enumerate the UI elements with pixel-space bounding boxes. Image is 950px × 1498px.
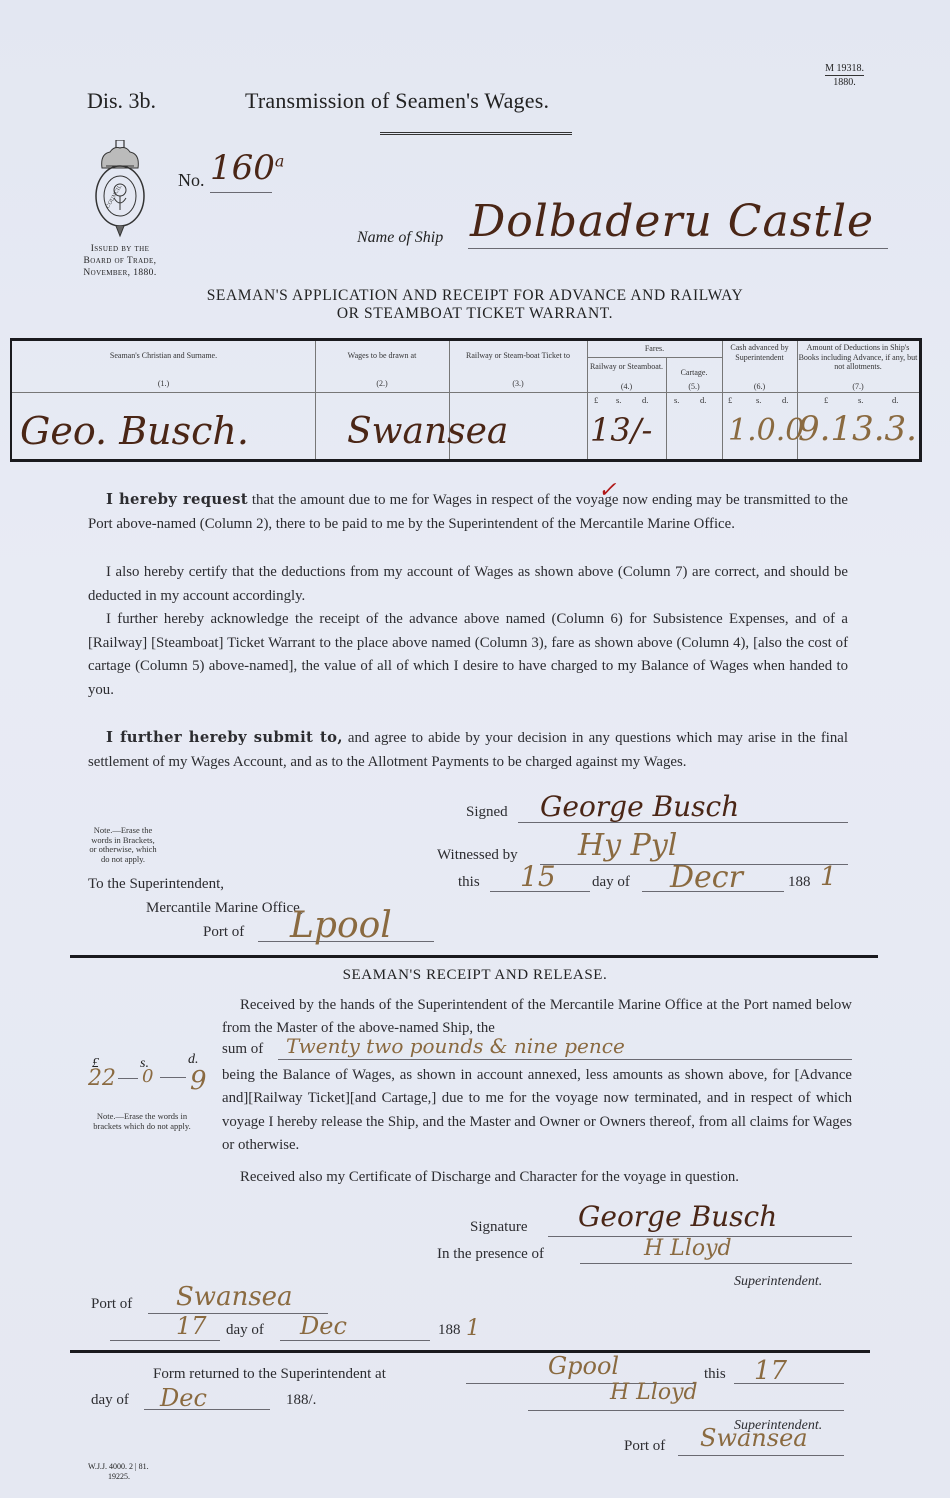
- ship-name-field-line: [468, 248, 888, 249]
- acknowledge-paragraph: I further hereby acknowledge the receipt…: [88, 608, 848, 702]
- col-header-deductions: Amount of Deductions in Ship's Books inc…: [797, 343, 919, 372]
- red-tick-mark: ✓: [598, 478, 616, 503]
- release-year-suffix[interactable]: 1: [466, 1316, 480, 1341]
- witnessed-label: Witnessed by: [437, 847, 518, 864]
- title-divider: [380, 132, 572, 135]
- returned-text: Form returned to the Superintendent at: [153, 1366, 386, 1383]
- cash-advanced-cell[interactable]: 1.0.0: [728, 413, 804, 448]
- returned-place-value[interactable]: Gpool: [548, 1352, 619, 1380]
- brackets-note: Note.—Erase the words in Brackets, or ot…: [88, 826, 158, 864]
- unit-label: s.: [858, 395, 863, 405]
- port-of-label: Port of: [203, 924, 244, 941]
- reference-number: M 19318.: [825, 63, 864, 74]
- col-header-wages-drawn-at: Wages to be drawn at: [315, 351, 449, 361]
- sum-field-line: [278, 1059, 852, 1060]
- day-of-label: day of: [91, 1392, 129, 1409]
- col-num: (6.): [722, 382, 797, 391]
- printer-mark: W.J.J. 4000. 2 | 81. 19225.: [88, 1462, 149, 1482]
- reference-year: 1880.: [825, 75, 864, 89]
- release-month-field-line: [280, 1340, 430, 1341]
- col-num: (1.): [12, 379, 315, 388]
- certify-paragraph: I also hereby certify that the deduction…: [88, 561, 848, 608]
- signed-value[interactable]: George Busch: [540, 790, 739, 823]
- presence-field-line: [580, 1263, 852, 1264]
- release-port-value[interactable]: Swansea: [176, 1282, 293, 1312]
- pence-value[interactable]: 9: [190, 1066, 207, 1096]
- year-prefix: 188: [438, 1322, 461, 1339]
- application-section-title: SEAMAN'S APPLICATION AND RECEIPT FOR ADV…: [0, 287, 950, 323]
- this-label: this: [704, 1366, 726, 1383]
- returned-port-value[interactable]: Swansea: [700, 1424, 808, 1452]
- submit-paragraph: I further hereby submit to, and agree to…: [88, 726, 848, 774]
- superintendent-label: Superintendent.: [734, 1274, 822, 1290]
- form-number-value[interactable]: 160a: [210, 148, 284, 188]
- day-of-label: day of: [592, 874, 630, 891]
- page-title: Transmission of Seamen's Wages.: [245, 88, 549, 114]
- col-header-cash-advanced: Cash advanced by Superintendent: [722, 343, 797, 362]
- returned-signature-value[interactable]: H Lloyd: [610, 1380, 698, 1405]
- returned-signature-line: [528, 1410, 844, 1411]
- returned-port-line: [678, 1455, 844, 1456]
- col-num: (7.): [797, 382, 919, 391]
- release-paragraph-end: being the Balance of Wages, as shown in …: [222, 1064, 852, 1157]
- col-header-ticket-to: Railway or Steam-boat Ticket to: [449, 351, 587, 361]
- col-num: (3.): [449, 379, 587, 388]
- request-paragraph: I hereby request that the amount due to …: [88, 488, 848, 536]
- shillings-value[interactable]: 0: [142, 1066, 153, 1087]
- returned-day-value[interactable]: 17: [754, 1356, 787, 1386]
- returned-day-line: [734, 1383, 844, 1384]
- month-value[interactable]: Decr: [670, 860, 743, 895]
- amount-dash: [118, 1078, 138, 1079]
- signed-label: Signed: [466, 804, 508, 821]
- form-code: Dis. 3b.: [87, 88, 156, 114]
- header-divider: [12, 392, 919, 393]
- seaman-name-cell[interactable]: Geo. Busch.: [20, 409, 249, 453]
- release-section-title: SEAMAN'S RECEIPT AND RELEASE.: [0, 967, 950, 984]
- col-header-railway-fare: Railway or Steamboat.: [587, 362, 666, 372]
- sum-value[interactable]: Twenty two pounds & nine pence: [286, 1034, 625, 1058]
- day-value[interactable]: 15: [520, 860, 556, 893]
- returned-month-value[interactable]: Dec: [160, 1384, 207, 1412]
- col-num: (2.): [315, 379, 449, 388]
- wages-table: Seaman's Christian and Surname. (1.) Wag…: [10, 338, 922, 462]
- fares-group-divider: [587, 357, 722, 358]
- unit-label: d.: [892, 395, 898, 405]
- unit-label: £: [594, 395, 598, 405]
- witnessed-value[interactable]: Hy Pyl: [578, 828, 677, 863]
- form-reference: M 19318. 1880.: [825, 62, 864, 89]
- unit-label: s.: [674, 395, 679, 405]
- section-divider: [70, 1350, 870, 1353]
- col-group-fares: Fares.: [587, 344, 722, 354]
- deductions-cell[interactable]: 9.13.3.: [798, 409, 917, 449]
- ship-name-label: Name of Ship: [357, 229, 443, 247]
- number-label: No.: [178, 170, 205, 191]
- release-month-value[interactable]: Dec: [300, 1312, 347, 1340]
- sum-of-label: sum of: [222, 1041, 263, 1058]
- pounds-value[interactable]: 22: [88, 1066, 116, 1091]
- number-field-line: [210, 192, 272, 193]
- release-day-field-line: [110, 1340, 220, 1341]
- release-day-value[interactable]: 17: [176, 1312, 207, 1340]
- unit-label: d.: [700, 395, 706, 405]
- section-divider: [70, 955, 878, 958]
- this-label: this: [458, 874, 480, 891]
- board-of-trade-crest-icon: COUNCIL: [92, 140, 148, 240]
- presence-value[interactable]: H Lloyd: [644, 1236, 732, 1261]
- col-num: (5.): [666, 382, 722, 391]
- issued-by-notice: Issued by the Board of Trade, November, …: [60, 243, 180, 279]
- form-page: M 19318. 1880. Dis. 3b. Transmission of …: [0, 0, 950, 1498]
- certificate-paragraph: Received also my Certificate of Discharg…: [222, 1166, 852, 1189]
- port-of-label: Port of: [624, 1438, 665, 1455]
- brackets-note: Note.—Erase the words in brackets which …: [88, 1112, 196, 1131]
- col-divider: [587, 341, 588, 459]
- port-value[interactable]: Lpool: [290, 905, 392, 946]
- year-suffix-value[interactable]: 1: [820, 862, 837, 892]
- unit-label: £: [824, 395, 828, 405]
- to-superintendent: To the Superintendent,: [88, 876, 224, 893]
- unit-label: s.: [756, 395, 761, 405]
- unit-label: s.: [616, 395, 621, 405]
- unit-label: d.: [642, 395, 648, 405]
- col-header-cartage: Cartage.: [666, 368, 722, 378]
- col-num: (4.): [587, 382, 666, 391]
- signature-value[interactable]: George Busch: [578, 1200, 777, 1233]
- year-prefix: 188: [788, 874, 811, 891]
- signature-label: Signature: [470, 1219, 528, 1236]
- railway-fare-cell[interactable]: 13/-: [590, 411, 652, 449]
- presence-label: In the presence of: [437, 1246, 544, 1263]
- mercantile-marine-office-label: Mercantile Marine Office,: [146, 900, 304, 917]
- port-of-label: Port of: [91, 1296, 132, 1313]
- wages-drawn-at-cell[interactable]: Swansea: [347, 411, 508, 452]
- unit-label: £: [728, 395, 732, 405]
- returned-year: 188/.: [286, 1392, 316, 1409]
- day-of-label: day of: [226, 1322, 264, 1339]
- ship-name-value[interactable]: Dolbaderu Castle: [470, 196, 874, 247]
- amount-dash: [160, 1077, 186, 1078]
- unit-label: d.: [782, 395, 788, 405]
- col-header-seaman-name: Seaman's Christian and Surname.: [12, 351, 315, 361]
